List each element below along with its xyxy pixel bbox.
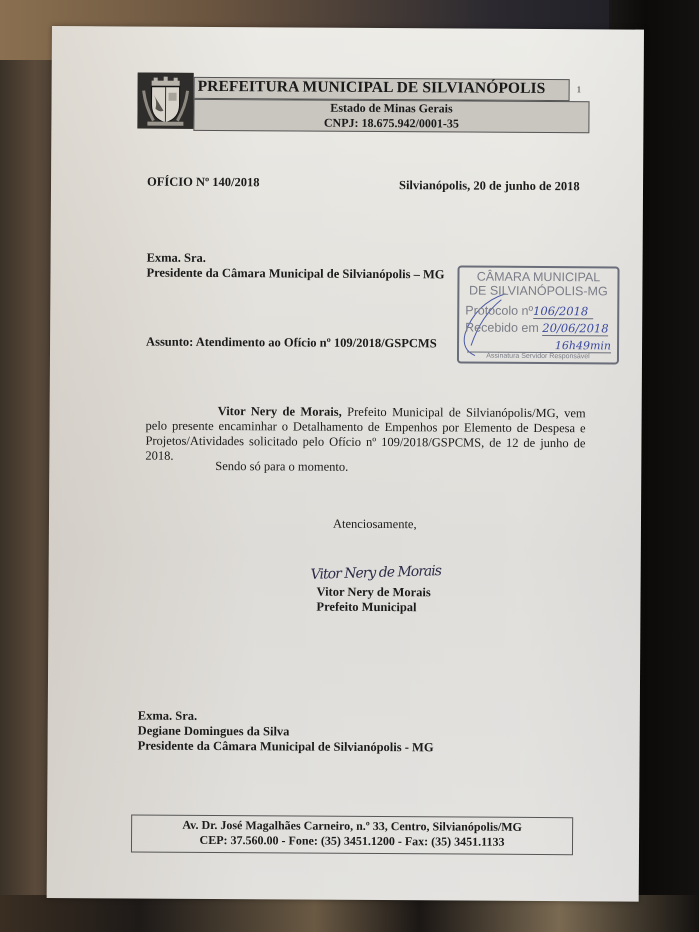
recipient-title: Presidente da Câmara Municipal de Silvia… bbox=[146, 266, 444, 283]
stamp-protocol-label: Protocolo nº bbox=[465, 304, 533, 318]
signer-block: Vitor Nery de Morais Prefeito Municipal bbox=[316, 585, 430, 616]
stamp-received-label: Recebido em bbox=[465, 321, 539, 335]
body-text: Prefeito Municipal de Silvianópolis/MG, … bbox=[145, 405, 585, 463]
stamp-protocol-row: Protocolo nº106/2018 bbox=[465, 304, 593, 320]
valediction: Atenciosamente, bbox=[333, 517, 417, 533]
stamp-line1: CÂMARA MUNICIPAL bbox=[459, 269, 617, 284]
document-page: PREFEITURA MUNICIPAL DE SILVIANÓPOLIS 1 … bbox=[47, 26, 644, 902]
closing-line: Sendo só para o momento. bbox=[215, 459, 348, 475]
stamp-line2: DE SILVIANÓPOLIS-MG bbox=[459, 283, 617, 298]
oficio-number: OFÍCIO Nº 140/2018 bbox=[147, 175, 260, 191]
signer-role: Prefeito Municipal bbox=[316, 600, 430, 616]
place-date: Silvianópolis, 20 de junho de 2018 bbox=[399, 178, 580, 194]
stamp-protocol-value: 106/2018 bbox=[533, 304, 593, 319]
stamp-signature-label: Assinatura Servidor Responsável bbox=[459, 352, 617, 360]
letter-body: Vitor Nery de Morais, Prefeito Municipal… bbox=[145, 404, 585, 467]
recipient-block: Exma. Sra. Presidente da Câmara Municipa… bbox=[146, 251, 444, 283]
letterhead-title: PREFEITURA MUNICIPAL DE SILVIANÓPOLIS bbox=[198, 78, 546, 98]
signer-name: Vitor Nery de Morais bbox=[317, 585, 431, 601]
subject-line: Assunto: Atendimento ao Ofício nº 109/20… bbox=[146, 335, 437, 352]
stamp-received-row: Recebido em 20/06/2018 bbox=[465, 321, 609, 337]
stamp-received-value: 20/06/2018 bbox=[542, 321, 608, 336]
body-sender: Vitor Nery de Morais, bbox=[218, 404, 342, 419]
protocol-stamp: CÂMARA MUNICIPAL DE SILVIANÓPOLIS-MG Pro… bbox=[457, 265, 620, 364]
letterhead-cnpj: CNPJ: 18.675.942/0001-35 bbox=[193, 115, 589, 132]
footer-contact: CEP: 37.560.00 - Fone: (35) 3451.1200 - … bbox=[131, 832, 573, 850]
coat-of-arms-icon bbox=[137, 73, 193, 129]
page-number: 1 bbox=[577, 84, 582, 94]
addressee-title: Presidente da Câmara Municipal de Silvia… bbox=[138, 739, 434, 756]
handwritten-signature: Vitor Nery de Morais bbox=[310, 563, 441, 583]
addressee-block: Exma. Sra. Degiane Domingues da Silva Pr… bbox=[138, 709, 434, 756]
stamp-time-value: 16h49min bbox=[467, 339, 611, 354]
